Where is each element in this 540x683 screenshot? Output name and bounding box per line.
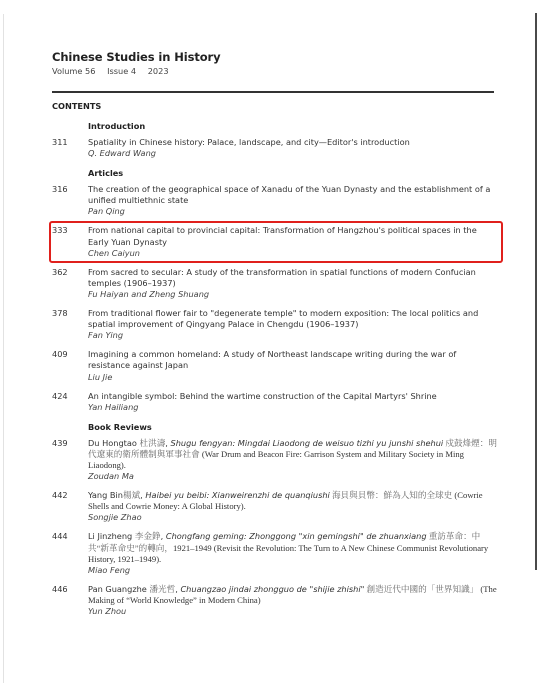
review-title[interactable]: Yang Bin楊斌, Haibei yu beibi: Xianweirenz…	[88, 490, 497, 512]
review-entry[interactable]: 439 Du Hongtao 杜洪濤, Shugu fengyan: Mingd…	[52, 438, 497, 482]
reviewer: Zoudan Ma	[88, 471, 497, 482]
entry-author: Fan Ying	[88, 330, 497, 341]
toc-entry[interactable]: 378 From traditional flower fair to "deg…	[52, 308, 497, 341]
romanized-title: Chongfang geming: Zhonggong "xin gemings…	[166, 531, 427, 541]
toc-entry[interactable]: 362 From sacred to secular: A study of t…	[52, 267, 497, 300]
toc-entry[interactable]: 424 An intangible symbol: Behind the war…	[52, 391, 497, 413]
entry-author: Chen Caiyun	[88, 248, 497, 259]
page-number: 409	[52, 349, 82, 360]
review-entry[interactable]: 446 Pan Guangzhe 潘光哲, Chuangzao jindai z…	[52, 584, 497, 617]
page-number: 442	[52, 490, 82, 501]
review-title[interactable]: Pan Guangzhe 潘光哲, Chuangzao jindai zhong…	[88, 584, 497, 606]
romanized-title: Shugu fengyan: Mingdai Liaodong de weisu…	[171, 438, 444, 448]
page-number: 333	[52, 225, 82, 236]
cjk-title: 海貝與貝幣：鮮為人知的全球史	[330, 490, 452, 500]
entry-title[interactable]: From sacred to secular: A study of the t…	[88, 267, 497, 289]
contents-heading: CONTENTS	[52, 101, 101, 111]
page-number: 378	[52, 308, 82, 319]
entry-title[interactable]: Imagining a common homeland: A study of …	[88, 349, 497, 371]
page-number: 446	[52, 584, 82, 595]
page-number: 424	[52, 391, 82, 402]
issue: Issue 4	[107, 66, 136, 76]
entry-author: Yan Hailiang	[88, 402, 497, 413]
review-title[interactable]: Li Jinzheng 李金錚, Chongfang geming: Zhong…	[88, 531, 497, 564]
reviewed-author-cjk: 潘光哲	[149, 584, 175, 594]
entry-author: Fu Haiyan and Zheng Shuang	[88, 289, 497, 300]
reviewer: Yun Zhou	[88, 606, 497, 617]
entry-title[interactable]: From national capital to provincial capi…	[88, 225, 497, 247]
reviewer: Songjie Zhao	[88, 512, 497, 523]
reviewed-author-cjk: 李金錚	[135, 531, 161, 541]
issue-line: Volume 56 Issue 4 2023	[52, 66, 178, 76]
cjk-title: 創造近代中國的「世界知識」	[364, 584, 478, 594]
volume: Volume 56	[52, 66, 95, 76]
reviewed-author: Du Hongtao	[88, 438, 140, 448]
review-entry[interactable]: 444 Li Jinzheng 李金錚, Chongfang geming: Z…	[52, 531, 497, 575]
section-heading-book-reviews: Book Reviews	[88, 421, 497, 433]
toc-entry[interactable]: 311 Spatiality in Chinese history: Palac…	[52, 137, 497, 159]
review-title[interactable]: Du Hongtao 杜洪濤, Shugu fengyan: Mingdai L…	[88, 438, 497, 471]
reviewed-author: Pan Guangzhe	[88, 584, 149, 594]
table-of-contents: Introduction 311 Spatiality in Chinese h…	[52, 120, 497, 625]
romanized-title: Haibei yu beibi: Xianweirenzhi de quanqi…	[145, 490, 329, 500]
document-page: Chinese Studies in History Volume 56 Iss…	[0, 0, 540, 683]
page-number: 362	[52, 267, 82, 278]
section-heading-introduction: Introduction	[88, 120, 497, 132]
header-rule	[52, 91, 494, 93]
page-number: 311	[52, 137, 82, 148]
journal-title: Chinese Studies in History	[52, 50, 221, 64]
entry-title[interactable]: From traditional flower fair to "degener…	[88, 308, 497, 330]
entry-author: Pan Qing	[88, 206, 497, 217]
entry-title[interactable]: Spatiality in Chinese history: Palace, l…	[88, 137, 497, 148]
entry-author: Q. Edward Wang	[88, 148, 497, 159]
romanized-title: Chuangzao jindai zhongguo de "shijie zhi…	[180, 584, 364, 594]
page-number: 444	[52, 531, 82, 542]
entry-title[interactable]: The creation of the geographical space o…	[88, 184, 497, 206]
page-number: 439	[52, 438, 82, 449]
reviewer: Miao Feng	[88, 565, 497, 576]
year: 2023	[148, 66, 169, 76]
entry-title[interactable]: An intangible symbol: Behind the wartime…	[88, 391, 497, 402]
reviewed-author: Yang Bin	[88, 490, 123, 500]
reviewed-author-cjk: 杜洪濤	[140, 438, 166, 448]
entry-author: Liu Jie	[88, 372, 497, 383]
section-heading-articles: Articles	[88, 167, 497, 179]
page-number: 316	[52, 184, 82, 195]
toc-entry[interactable]: 409 Imagining a common homeland: A study…	[52, 349, 497, 382]
toc-entry[interactable]: 316 The creation of the geographical spa…	[52, 184, 497, 217]
reviewed-author-cjk: 楊斌	[123, 490, 140, 500]
toc-entry-highlighted[interactable]: 333 From national capital to provincial …	[52, 225, 497, 258]
reviewed-author: Li Jinzheng	[88, 531, 135, 541]
review-entry[interactable]: 442 Yang Bin楊斌, Haibei yu beibi: Xianwei…	[52, 490, 497, 523]
